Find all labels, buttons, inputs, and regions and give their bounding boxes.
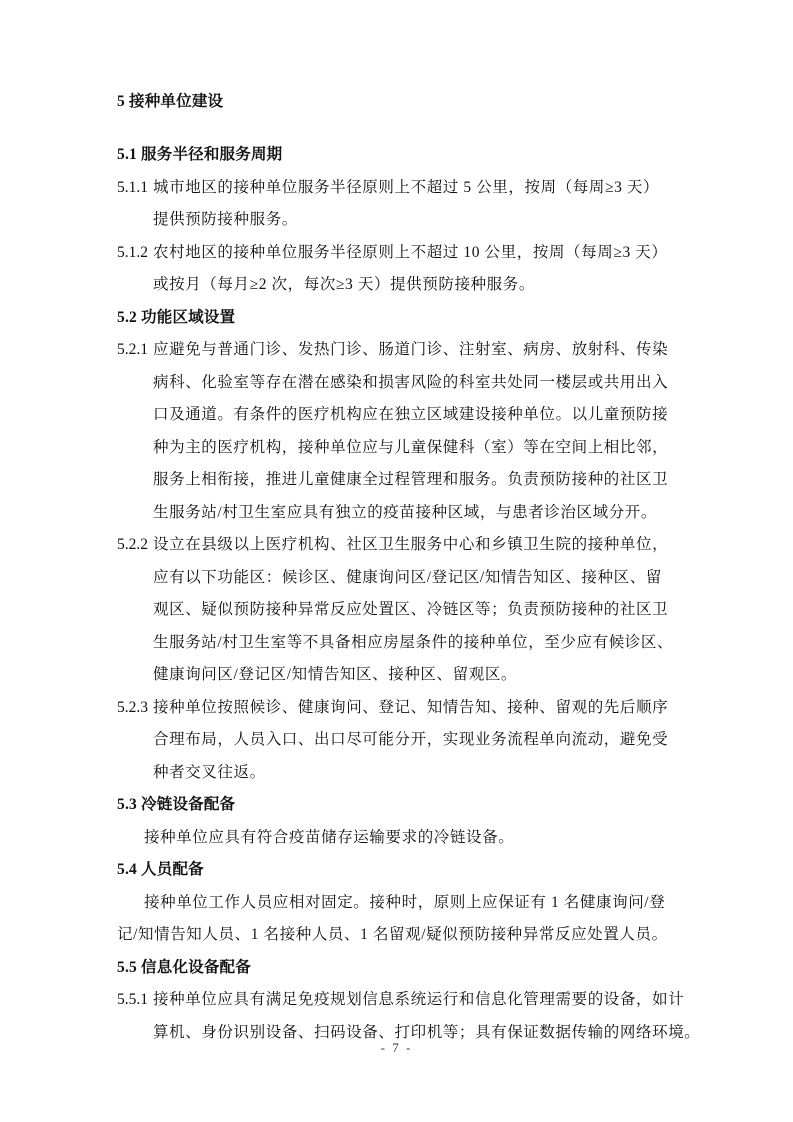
clause-number: 5.1.2 [117,243,153,263]
clause-5-1-1-line-2: 提供预防接种服务。 [153,210,298,230]
clause-5-2-1-line-3: 口及通道。有条件的医疗机构应在独立区域建设接种单位。以儿童预防接 [153,405,668,425]
clause-5-2-2-line-2: 应有以下功能区：候诊区、健康询问区/登记区/知情告知区、接种区、留 [153,568,662,588]
clause-number: 5.1.1 [117,178,153,198]
clause-5-1-2-line-1: 5.1.2农村地区的接种单位服务半径原则上不超过 10 公里，按周（每周≥3 天… [117,243,667,263]
subsection-heading-5-3: 5.3 冷链设备配备 [117,795,235,815]
clause-5-2-1-line-6: 生服务站/村卫生室应具有独立的疫苗接种区域，与患者诊治区域分开。 [153,503,657,523]
clause-text: 设立在县级以上医疗机构、社区卫生服务中心和乡镇卫生院的接种单位， [153,536,668,553]
page-number: - 7 - [0,1040,793,1056]
clause-5-2-2-line-3: 观区、疑似预防接种异常反应处置区、冷链区等；负责预防接种的社区卫 [153,600,668,620]
clause-text: 农村地区的接种单位服务半径原则上不超过 10 公里，按周（每周≥3 天） [153,244,667,261]
clause-5-1-2-line-2: 或按月（每月≥2 次，每次≥3 天）提供预防接种服务。 [153,275,535,295]
clause-5-5-1-line-1: 5.5.1接种单位应具有满足免疫规划信息系统运行和信息化管理需要的设备，如计 [117,990,684,1010]
clause-5-2-2-line-1: 5.2.2设立在县级以上医疗机构、社区卫生服务中心和乡镇卫生院的接种单位， [117,535,668,555]
clause-5-2-1-line-1: 5.2.1应避免与普通门诊、发热门诊、肠道门诊、注射室、病房、放射科、传染 [117,340,668,360]
clause-5-2-1-line-2: 病科、化验室等存在潜在感染和损害风险的科室共处同一楼层或共用出入 [153,373,668,393]
document-page: 5 接种单位建设 5.1 服务半径和服务周期 5.1.1城市地区的接种单位服务半… [0,0,793,1122]
clause-number: 5.5.1 [117,990,153,1010]
paragraph-5-3-line-1: 接种单位应具有符合疫苗储存运输要求的冷链设备。 [144,828,514,848]
section-title: 5 接种单位建设 [117,92,223,112]
clause-text: 应避免与普通门诊、发热门诊、肠道门诊、注射室、病房、放射科、传染 [153,341,668,358]
clause-5-2-2-line-4: 生服务站/村卫生室等不具备相应房屋条件的接种单位，至少应有候诊区、 [153,633,673,653]
clause-text: 城市地区的接种单位服务半径原则上不超过 5 公里，按周（每周≥3 天） [153,179,659,196]
paragraph-5-4-line-2: 记/知情告知人员、1 名接种人员、1 名留观/疑似预防接种异常反应处置人员。 [117,925,668,945]
clause-5-2-3-line-3: 种者交叉往返。 [153,763,266,783]
clause-number: 5.2.1 [117,340,153,360]
clause-5-2-2-line-5: 健康询问区/登记区/知情告知区、接种区、留观区。 [153,665,517,685]
clause-text: 接种单位按照候诊、健康询问、登记、知情告知、接种、留观的先后顺序 [153,699,668,716]
clause-5-2-3-line-1: 5.2.3接种单位按照候诊、健康询问、登记、知情告知、接种、留观的先后顺序 [117,698,668,718]
clause-5-1-1-line-1: 5.1.1城市地区的接种单位服务半径原则上不超过 5 公里，按周（每周≥3 天） [117,178,659,198]
paragraph-5-4-line-1: 接种单位工作人员应相对固定。接种时，原则上应保证有 1 名健康询问/登 [144,893,665,913]
clause-5-2-3-line-2: 合理布局，人员入口、出口尽可能分开，实现业务流程单向流动，避免受 [153,730,668,750]
subsection-heading-5-4: 5.4 人员配备 [117,860,204,880]
subsection-heading-5-1: 5.1 服务半径和服务周期 [117,145,282,165]
clause-5-2-1-line-5: 服务上相衔接，推进儿童健康全过程管理和服务。负责预防接种的社区卫 [153,470,668,490]
clause-text: 接种单位应具有满足免疫规划信息系统运行和信息化管理需要的设备，如计 [153,991,684,1008]
subsection-heading-5-5: 5.5 信息化设备配备 [117,958,251,978]
clause-number: 5.2.3 [117,698,153,718]
clause-5-2-1-line-4: 种为主的医疗机构，接种单位应与儿童保健科（室）等在空间上相比邻， [153,438,668,458]
subsection-heading-5-2: 5.2 功能区域设置 [117,308,235,328]
clause-number: 5.2.2 [117,535,153,555]
